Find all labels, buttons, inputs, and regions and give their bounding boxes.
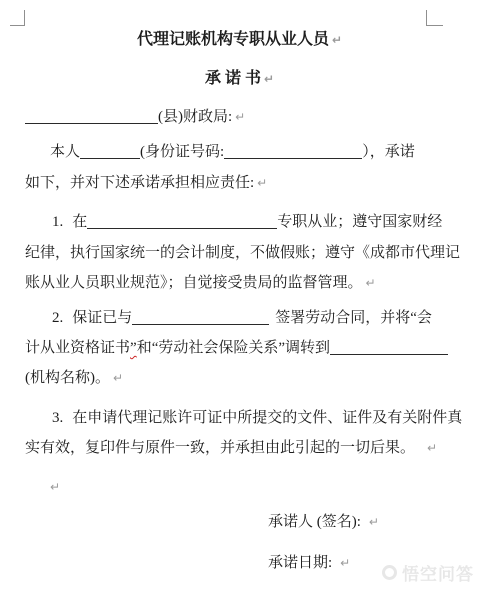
item1-line-2: 纪律，执行国家统一的会计制度，不做假账；遵守《成都市代理记 xyxy=(25,244,460,262)
signature-date-line: 承诺日期:↵ xyxy=(268,554,350,572)
item1-line-1: 1.在专职从业；遵守国家财经 xyxy=(52,213,442,231)
intro-text-idlabel: (身份证号码: xyxy=(140,144,224,160)
pilcrow-mark: ↵ xyxy=(332,33,342,47)
item1-text-line3: 账从业人员职业规范》；自觉接受贵局的监督管理。 xyxy=(25,275,363,291)
pilcrow-mark: ↵ xyxy=(235,110,245,124)
intro-line-1: 本人(身份证号码:），承诺 xyxy=(50,143,415,161)
signer-label: 承诺人 (签名): xyxy=(268,514,361,530)
document-subtitle: 承 诺 书 xyxy=(205,70,261,87)
intro-text-chengnuo: ），承诺 xyxy=(362,144,415,160)
pilcrow-mark: ↵ xyxy=(113,371,123,385)
pilcrow-mark: ↵ xyxy=(366,276,376,290)
item1-number: 1. xyxy=(52,213,63,231)
item1-line-3: 账从业人员职业规范》；自觉接受贵局的监督管理。↵ xyxy=(25,274,376,292)
item2-text-pre: 保证已与 xyxy=(72,310,132,326)
pilcrow-mark: ↵ xyxy=(340,556,350,570)
fill-in-blank-employer xyxy=(132,310,269,325)
item2-text-transfer: 和“劳动社会保险关系”调转到 xyxy=(137,340,330,356)
pilcrow-mark: ↵ xyxy=(50,480,60,494)
page-margin-corner-top-left xyxy=(10,10,25,26)
item3-text-line2: 实有效，复印件与原件一致，并承担由此引起的一切后果。 xyxy=(25,440,415,456)
watermark: 悟空问答 xyxy=(382,560,474,585)
pilcrow-mark: ↵ xyxy=(264,72,274,86)
document-title-line: 代理记账机构专职从业人员↵ xyxy=(0,31,479,49)
item2-text-post: 签署劳动合同，并将“会 xyxy=(275,310,432,326)
document-title: 代理记账机构专职从业人员 xyxy=(137,31,329,48)
item2-line-3: (机构名称)。↵ xyxy=(25,369,123,387)
document-page: 代理记账机构专职从业人员↵ 承 诺 书↵ (县)财政局:↵ 本人(身份证号码:）… xyxy=(0,0,479,589)
intro-text-responsibility: 如下，并对下述承诺承担相应责任: xyxy=(25,175,254,191)
fill-in-blank-name xyxy=(80,144,140,159)
item2-text-cert: 计从业资格证书 xyxy=(25,340,130,356)
salutation-line: (县)财政局:↵ xyxy=(25,108,245,126)
empty-paragraph-line: ↵ xyxy=(50,478,60,496)
page-margin-corner-top-right xyxy=(426,10,443,26)
intro-text-benren: 本人 xyxy=(50,144,80,160)
item3-line-1: 3.在申请代理记账许可证中所提交的文件、证件及有关附件真 xyxy=(52,409,462,427)
item1-text-line2: 纪律，执行国家统一的会计制度，不做假账；遵守《成都市代理记 xyxy=(25,245,460,261)
document-subtitle-line: 承 诺 书↵ xyxy=(0,70,479,88)
wukong-wenda-logo-icon xyxy=(382,565,397,580)
item3-line-2: 实有效，复印件与原件一致，并承担由此引起的一切后果。↵ xyxy=(25,439,437,457)
fill-in-blank-institution xyxy=(330,340,448,355)
fill-in-blank-workplace xyxy=(87,214,277,229)
date-label: 承诺日期: xyxy=(268,555,332,571)
watermark-text: 悟空问答 xyxy=(402,560,474,585)
item3-number: 3. xyxy=(52,409,63,427)
item2-number: 2. xyxy=(52,309,63,327)
salutation-text: (县)财政局: xyxy=(158,109,232,125)
pilcrow-mark: ↵ xyxy=(369,515,379,529)
intro-line-2: 如下，并对下述承诺承担相应责任:↵ xyxy=(25,174,267,192)
item2-text-orgname: (机构名称)。 xyxy=(25,370,110,386)
signature-name-line: 承诺人 (签名):↵ xyxy=(268,513,379,531)
pilcrow-mark: ↵ xyxy=(427,441,437,455)
spellcheck-squiggle-quote: ” xyxy=(130,340,137,356)
item1-text-post: 专职从业；遵守国家财经 xyxy=(277,214,442,230)
item2-line-2: 计从业资格证书”和“劳动社会保险关系”调转到 xyxy=(25,339,448,357)
item2-line-1: 2.保证已与签署劳动合同，并将“会 xyxy=(52,309,432,327)
item3-text-line1: 在申请代理记账许可证中所提交的文件、证件及有关附件真 xyxy=(72,410,462,426)
fill-in-blank-county xyxy=(25,109,158,124)
item1-text-zai: 在 xyxy=(72,214,87,230)
pilcrow-mark: ↵ xyxy=(257,176,267,190)
fill-in-blank-id-number xyxy=(224,144,362,159)
